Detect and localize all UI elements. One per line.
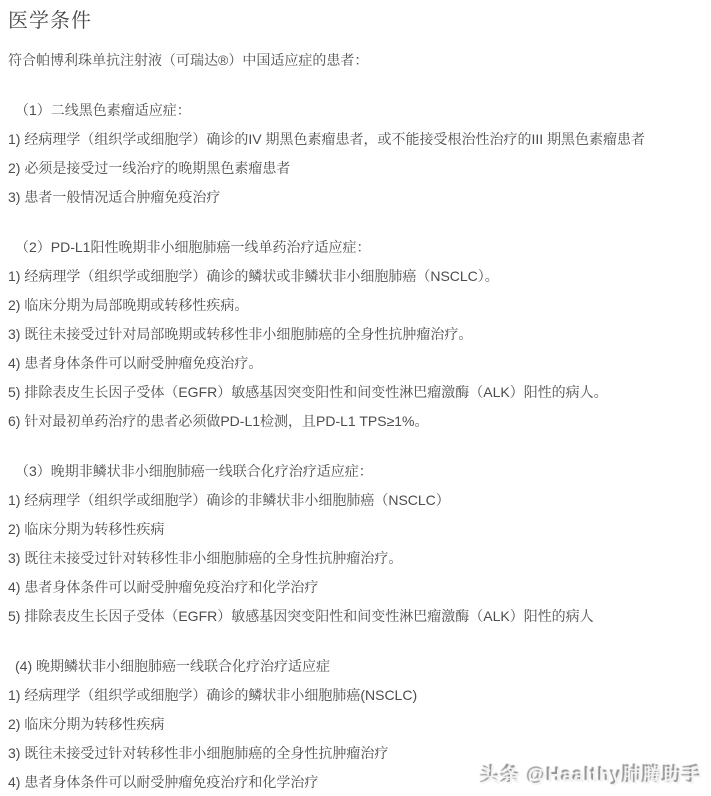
indication-item: 1) 经病理学（组织学或细胞学）确诊的IV 期黑色素瘤患者，或不能接受根治性治疗…	[8, 125, 701, 154]
indication-section: （1）二线黑色素瘤适应症：1) 经病理学（组织学或细胞学）确诊的IV 期黑色素瘤…	[8, 96, 701, 212]
section-header: （3）晚期非鳞状非小细胞肺癌一线联合化疗治疗适应症：	[8, 457, 701, 486]
indication-item: 3) 患者一般情况适合肿瘤免疫治疗	[8, 183, 701, 212]
indication-item: 2) 临床分期为转移性疾病	[8, 710, 701, 739]
section-header: （1）二线黑色素瘤适应症：	[8, 96, 701, 125]
indication-item: 3) 既往未接受过针对局部晚期或转移性非小细胞肺癌的全身性抗肿瘤治疗。	[8, 320, 701, 349]
indication-item: 4) 患者身体条件可以耐受肿瘤免疫治疗。	[8, 349, 701, 378]
indication-item: 1) 经病理学（组织学或细胞学）确诊的鳞状或非鳞状非小细胞肺癌（NSCLC）。	[8, 262, 701, 291]
watermark-text: 头条 @Haalthy肺腾助手	[482, 766, 703, 787]
indication-item: 2) 临床分期为转移性疾病	[8, 515, 701, 544]
indication-item: 5) 排除表皮生长因子受体（EGFR）敏感基因突变阳性和间变性淋巴瘤激酶（ALK…	[8, 378, 701, 407]
section-header: (4) 晚期鳞状非小细胞肺癌一线联合化疗治疗适应症	[8, 652, 701, 681]
watermark: 头条 @Haalthy肺腾助手	[482, 761, 703, 788]
indication-item: 1) 经病理学（组织学或细胞学）确诊的非鳞状非小细胞肺癌（NSCLC）	[8, 486, 701, 515]
indication-item: 2) 必须是接受过一线治疗的晚期黑色素瘤患者	[8, 154, 701, 183]
intro-line: 符合帕博利珠单抗注射液（可瑞达®）中国适应症的患者：	[8, 46, 701, 75]
document-body: 医学条件 符合帕博利珠单抗注射液（可瑞达®）中国适应症的患者： （1）二线黑色素…	[0, 0, 711, 796]
indication-item: 1) 经病理学（组织学或细胞学）确诊的鳞状非小细胞肺癌(NSCLC)	[8, 681, 701, 710]
indication-section: （2）PD-L1阳性晚期非小细胞肺癌一线单药治疗适应症：1) 经病理学（组织学或…	[8, 233, 701, 436]
indication-item: 5) 排除表皮生长因子受体（EGFR）敏感基因突变阳性和间变性淋巴瘤激酶（ALK…	[8, 602, 701, 631]
indication-section: （3）晚期非鳞状非小细胞肺癌一线联合化疗治疗适应症：1) 经病理学（组织学或细胞…	[8, 457, 701, 631]
indication-item: 3) 既往未接受过针对转移性非小细胞肺癌的全身性抗肿瘤治疗。	[8, 544, 701, 573]
section-header: （2）PD-L1阳性晚期非小细胞肺癌一线单药治疗适应症：	[8, 233, 701, 262]
sections-container: （1）二线黑色素瘤适应症：1) 经病理学（组织学或细胞学）确诊的IV 期黑色素瘤…	[8, 96, 701, 796]
indication-item: 6) 针对最初单药治疗的患者必须做PD-L1检测，且PD-L1 TPS≥1%。	[8, 407, 701, 436]
indication-item: 2) 临床分期为局部晚期或转移性疾病。	[8, 291, 701, 320]
page-title: 医学条件	[8, 8, 701, 34]
indication-item: 4) 患者身体条件可以耐受肿瘤免疫治疗和化学治疗	[8, 573, 701, 602]
